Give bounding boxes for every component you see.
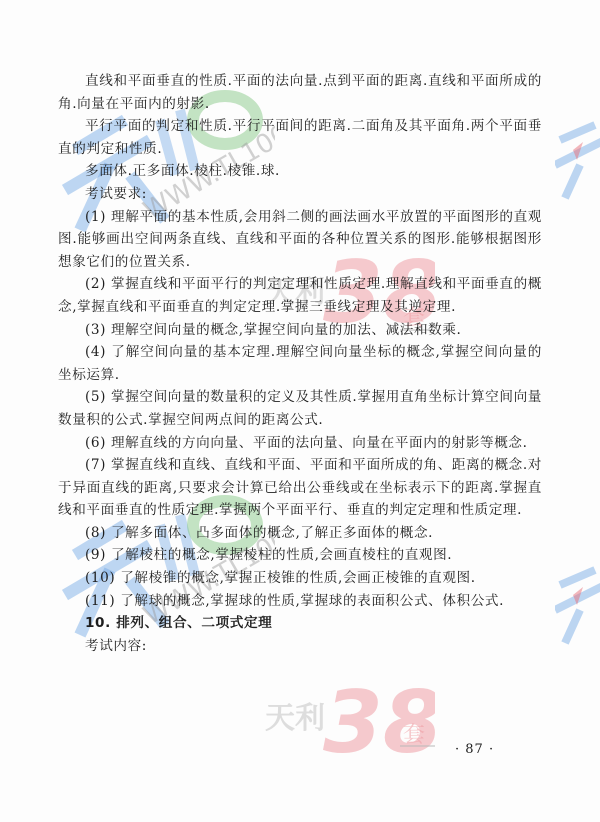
requirement-item-8: (8) 了解多面体、凸多面体的概念,了解正多面体的概念. — [58, 522, 542, 545]
requirement-item-11: (11) 了解球的概念,掌握球的性质,掌握球的表面积公式、体积公式. — [58, 590, 542, 613]
tl100-edge-watermark-icon — [555, 120, 600, 200]
requirement-item-4: (4) 了解空间向量的基本定理.理解空间向量坐标的概念,掌握空间向量的坐标运算. — [58, 341, 542, 386]
svg-text:套: 套 — [403, 723, 425, 748]
requirement-item-1: (1) 理解平面的基本性质,会用斜二侧的画法画水平放置的平面图形的直观图.能够画… — [58, 206, 542, 274]
page-number: · 87 · — [455, 742, 494, 757]
requirement-item-9: (9) 了解棱柱的概念,掌握棱柱的性质,会画直棱柱的直观图. — [58, 544, 542, 567]
paragraph-parallel-planes: 平行平面的判定和性质.平行平面间的距离.二面角及其平面角.两个平面垂直的判定和性… — [58, 115, 542, 160]
heading-exam-requirements: 考试要求: — [58, 183, 542, 206]
svg-text:38: 38 — [323, 680, 435, 760]
document-page: WWW.TL100.COM WWW.TL100.COM 天利 38 套 天利 3… — [0, 0, 600, 822]
requirement-item-2: (2) 掌握直线和平面平行的判定定理和性质定理.理解直线和平面垂直的概念,掌握直… — [58, 273, 542, 318]
section-heading-10: 10. 排列、组合、二项式定理 — [58, 612, 542, 635]
requirement-item-6: (6) 理解直线的方向向量、平面的法向量、向量在平面内的射影等概念. — [58, 432, 542, 455]
heading-exam-content: 考试内容: — [58, 635, 542, 658]
requirement-item-3: (3) 理解空间向量的概念,掌握空间向量的加法、减法和数乘. — [58, 319, 542, 342]
requirement-item-10: (10) 了解棱锥的概念,掌握正棱锥的性质,会画正棱锥的直观图. — [58, 567, 542, 590]
tl100-edge-watermark-icon — [555, 565, 600, 645]
requirement-item-7: (7) 掌握直线和直线、直线和平面、平面和平面所成的角、距离的概念.对于异面直线… — [58, 454, 542, 522]
svg-text:天利: 天利 — [265, 701, 325, 736]
paragraph-polyhedra: 多面体.正多面体.棱柱.棱锥.球. — [58, 160, 542, 183]
body-text: 直线和平面垂直的性质.平面的法向量.点到平面的距离.直线和平面所成的角.向量在平… — [58, 70, 542, 657]
paragraph-perpendicular-properties: 直线和平面垂直的性质.平面的法向量.点到平面的距离.直线和平面所成的角.向量在平… — [58, 70, 542, 115]
tianli-38-watermark-icon: 天利 38 套 — [265, 680, 435, 760]
requirement-item-5: (5) 掌握空间向量的数量积的定义及其性质.掌握用直角坐标计算空间向量数量积的公… — [58, 386, 542, 431]
